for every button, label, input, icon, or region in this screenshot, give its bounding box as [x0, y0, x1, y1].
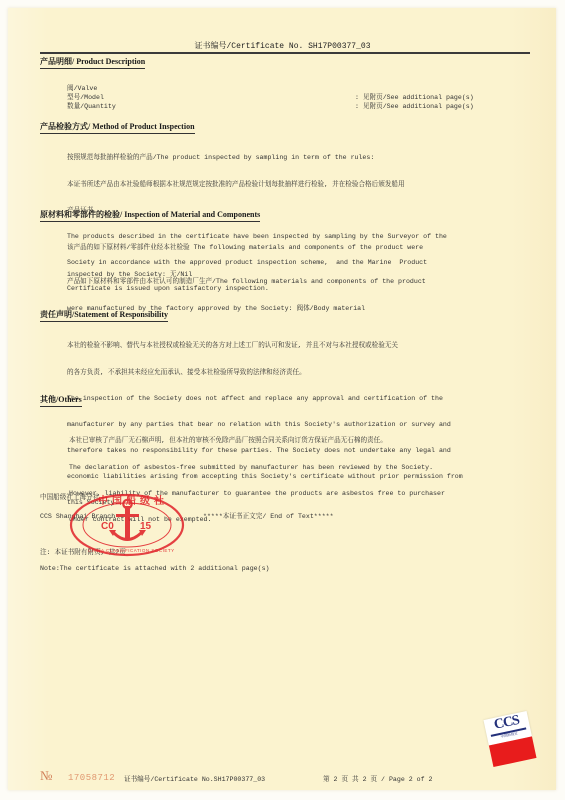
text-line: The inspection of the Society does not a…	[67, 395, 463, 404]
text-line: 该产品的如下原材料/零部件业经本社检验 The following materi…	[67, 244, 423, 253]
stamp-top-text: 中国船级社	[98, 494, 168, 507]
stamp-left-code: C0	[101, 521, 114, 532]
section-title-material-inspection: 原材料和零部件的检验/ Inspection of Material and C…	[40, 209, 260, 222]
ccs-seal-stamp-icon: C0 15 中国船级社 CHINA CLASSIFICATION SOCIETY	[68, 492, 186, 558]
text-line: 按照规范每批抽样检验的产品/The product inspected by s…	[67, 154, 447, 163]
quantity-label: 数量/Quantity	[67, 100, 116, 110]
serial-number: 17058712	[68, 773, 115, 783]
certificate-number-header: 证书编号/Certificate No. SH17P00377_03	[0, 40, 565, 51]
section-title-product-description: 产品明细/ Product Description	[40, 56, 145, 69]
section-title-method-of-inspection: 产品检验方式/ Method of Product Inspection	[40, 121, 195, 134]
footer-certificate-number: 证书编号/Certificate No.SH17P00377_03	[124, 773, 265, 783]
text-line: 本社已审核了产品厂无石棉声明, 但本社的审核不免除产品厂按照合同关系向订货方保证…	[69, 437, 445, 446]
quantity-value: : 见附页/See additional page(s)	[355, 100, 474, 110]
note-en: Note:The certificate is attached with 2 …	[40, 565, 270, 574]
text-line: 的各方负责, 不承担其未经应允而承认、接受本社检验所导致的法律和经济责任。	[67, 369, 463, 378]
page-indicator: 第 2 页 共 2 页 / Page 2 of 2	[323, 773, 432, 783]
header-rule	[40, 52, 530, 54]
section-title-others: 其他/Others	[40, 394, 82, 407]
serial-number-symbol: №	[40, 768, 52, 784]
text-line: 产品如下原材料和零部件由本社认可的制造厂生产/The following mat…	[67, 278, 426, 287]
text-line: The declaration of asbestos-free submitt…	[69, 464, 445, 473]
end-of-text: *****本证书正文完/ End of Text*****	[203, 513, 334, 522]
stamp-bottom-text: CHINA CLASSIFICATION SOCIETY	[88, 548, 175, 553]
stamp-right-code: 15	[140, 521, 152, 532]
text-line: 本社的检验不影响、替代与本社授权或检验无关的各方对上述工厂的认可和发证, 并且不…	[67, 342, 463, 351]
section-title-responsibility: 责任声明/Statement of Responsibility	[40, 309, 168, 322]
text-line: 本证书所述产品由本社验船师根据本社规范规定按批准的产品检验计划每批抽样进行检验,…	[67, 181, 447, 190]
